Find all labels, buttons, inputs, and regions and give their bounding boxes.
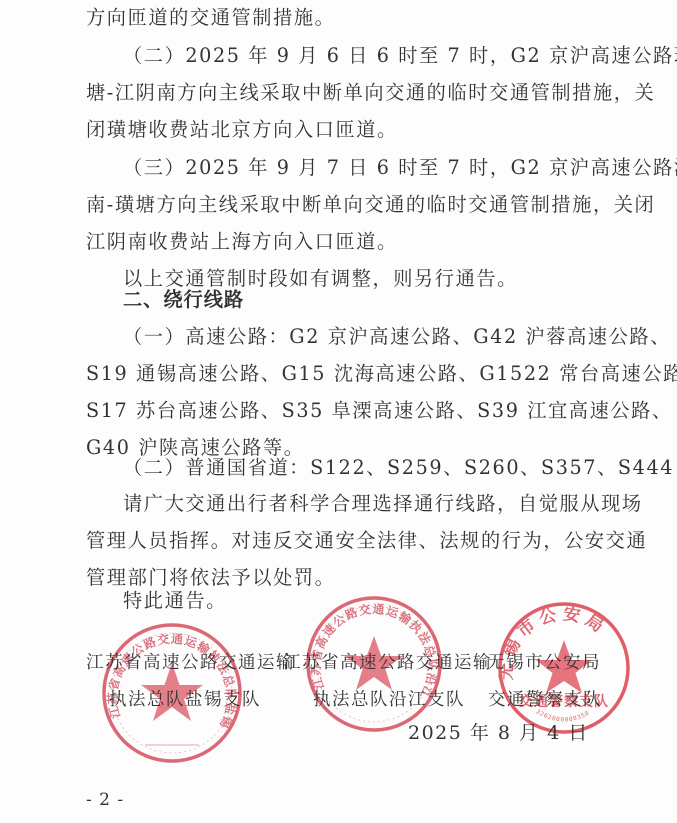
signatory-1-line2: 执法总队盐锡支队 (109, 689, 261, 711)
paragraph-line: （一）高速公路：G2 京沪高速公路、G42 沪蓉高速公路、 (123, 325, 596, 349)
issue-date: 2025 年 8 月 4 日 (408, 721, 589, 745)
paragraph-line: S19 通锡高速公路、G15 沈海高速公路、G1522 常台高速公路、 (86, 362, 596, 386)
paragraph-line: 请广大交通出行者科学合理选择通行线路，自觉服从现场 (123, 492, 596, 516)
paragraph-line: （二）普通国省道：S122、S259、S260、S357、S444 等。 (123, 456, 596, 480)
paragraph-line: 江阴南收费站上海方向入口匝道。 (86, 230, 596, 254)
section-heading: 二、绕行线路 (123, 288, 596, 312)
paragraph-line: 南-璜塘方向主线采取中断单向交通的临时交通管制措施，关闭 (86, 193, 596, 217)
paragraph-line: （二）2025 年 9 月 6 日 6 时至 7 时，G2 京沪高速公路璜 (123, 44, 596, 68)
signatory-2-line2: 执法总队沿江支队 (313, 689, 465, 711)
signatory-3-line1: 无锡市公安局 (487, 652, 601, 674)
paragraph-line: S17 苏台高速公路、S35 阜溧高速公路、S39 江宜高速公路、 (86, 399, 596, 423)
signatory-1-line1: 江苏省高速公路交通运输 (86, 652, 295, 674)
svg-text:江苏省高速公路交通运输执法总队盐锡支队: 江苏省高速公路交通运输执法总队盐锡支队 (100, 621, 239, 732)
signatory-3-line2: 交通警察支队 (488, 689, 602, 711)
paragraph-line: 闭璜塘收费站北京方向入口匝道。 (86, 118, 596, 142)
document-page: 方向匝道的交通管制措施。 （二）2025 年 9 月 6 日 6 时至 7 时，… (0, 0, 677, 823)
paragraph-line: （三）2025 年 9 月 7 日 6 时至 7 时，G2 京沪高速公路江阴 (123, 156, 596, 180)
page-number: - 2 - (86, 790, 124, 810)
paragraph-line: 方向匝道的交通管制措施。 (86, 6, 596, 30)
paragraph-line: 管理部门将依法予以处罚。 (86, 566, 596, 590)
closing-line: 特此通告。 (123, 589, 596, 613)
paragraph-line: 塘-江阴南方向主线采取中断单向交通的临时交通管制措施，关 (86, 81, 596, 105)
paragraph-line: 管理人员指挥。对违反交通安全法律、法规的行为，公安交通 (86, 529, 596, 553)
signatory-2-line1: 江苏省高速公路交通运输 (283, 652, 492, 674)
